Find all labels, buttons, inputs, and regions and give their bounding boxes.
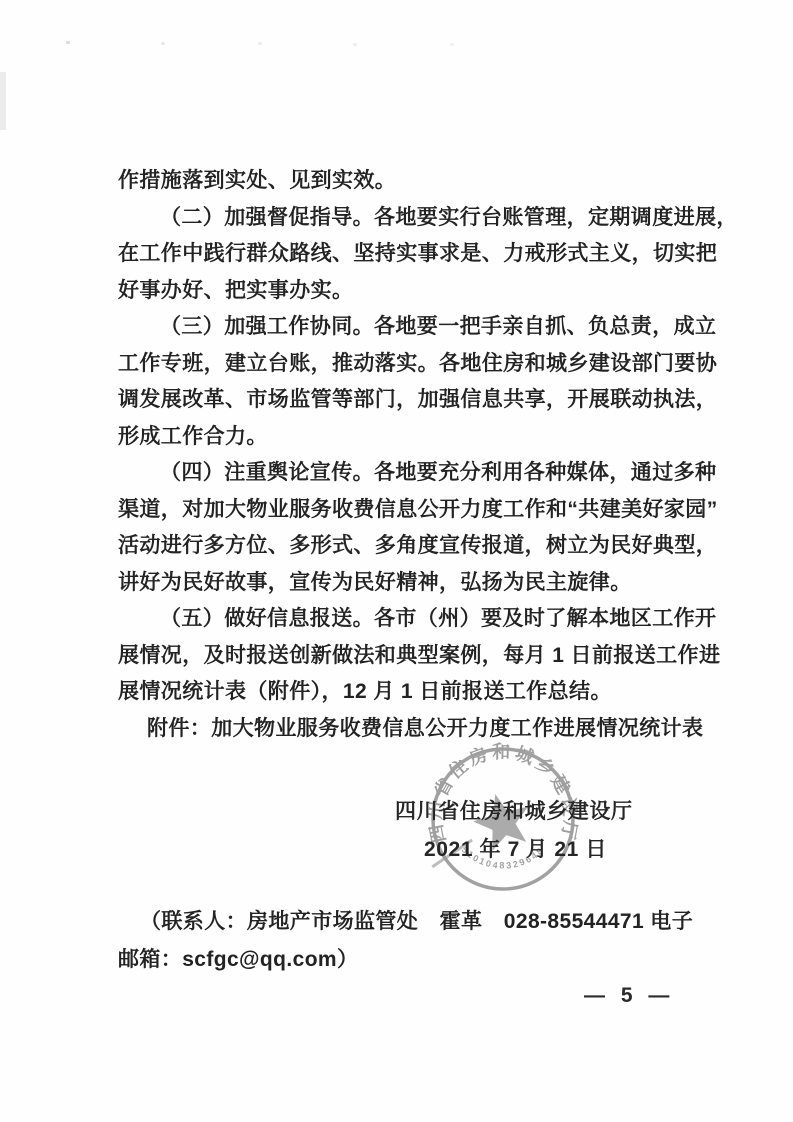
body-line: 展情况统计表（附件），12 月 1 日前报送工作总结。	[118, 678, 718, 705]
scan-speck	[161, 42, 165, 45]
body-line-para-start: （五）做好信息报送。各市（州）要及时了解本地区工作开	[118, 605, 760, 632]
body-line: 调发展改革、市场监管等部门，加强信息共享，开展联动执法，	[118, 386, 718, 413]
body-line: 作措施落到实处、见到实效。	[118, 167, 718, 194]
body-line: 展情况，及时报送创新做法和典型案例，每月 1 日前报送工作进	[118, 642, 718, 669]
body-line-para-start: （三）加强工作协同。各地要一把手亲自抓、负总责，成立	[118, 313, 760, 340]
contact-line-1: （联系人：房地产市场监管处 霍革 028-85544471 电子	[140, 905, 693, 935]
contact-line-2: 邮箱：scfgc@qq.com）	[118, 943, 358, 973]
body-line: 活动进行多方位、多形式、多角度宣传报道，树立为民好典型，	[118, 532, 718, 559]
body-line-para-start: （四）注重舆论宣传。各地要充分利用各种媒体，通过多种	[118, 459, 760, 486]
body-line: 讲好为民好故事，宣传为民好精神，弘扬为民主旋律。	[118, 569, 718, 596]
signature-organization: 四川省住房和城乡建设厅	[395, 795, 633, 825]
scan-edge-artifact	[0, 72, 6, 130]
body-line: 形成工作合力。	[118, 423, 718, 450]
body-line: 在工作中践行群众路线、坚持实事求是、力戒形式主义，切实把	[118, 240, 718, 267]
scanned-document-page: 作措施落到实处、见到实效。 （二）加强督促指导。各地要实行台账管理，定期调度进展…	[0, 0, 793, 1122]
body-line-para-start: （二）加强督促指导。各地要实行台账管理，定期调度进展，	[118, 204, 760, 231]
page-number: — 5 —	[584, 984, 674, 1008]
scan-speck	[353, 43, 357, 46]
body-line: 工作专班，建立台账，推动落实。各地住房和城乡建设部门要协	[118, 350, 718, 377]
scan-speck	[66, 41, 70, 44]
scan-speck	[258, 42, 262, 45]
signature-date: 2021 年 7 月 21 日	[424, 833, 607, 863]
body-line: 渠道，对加大物业服务收费信息公开力度工作和“共建美好家园”	[118, 496, 718, 523]
body-line: 好事办好、把实事办实。	[118, 277, 718, 304]
scan-speck	[450, 43, 454, 46]
